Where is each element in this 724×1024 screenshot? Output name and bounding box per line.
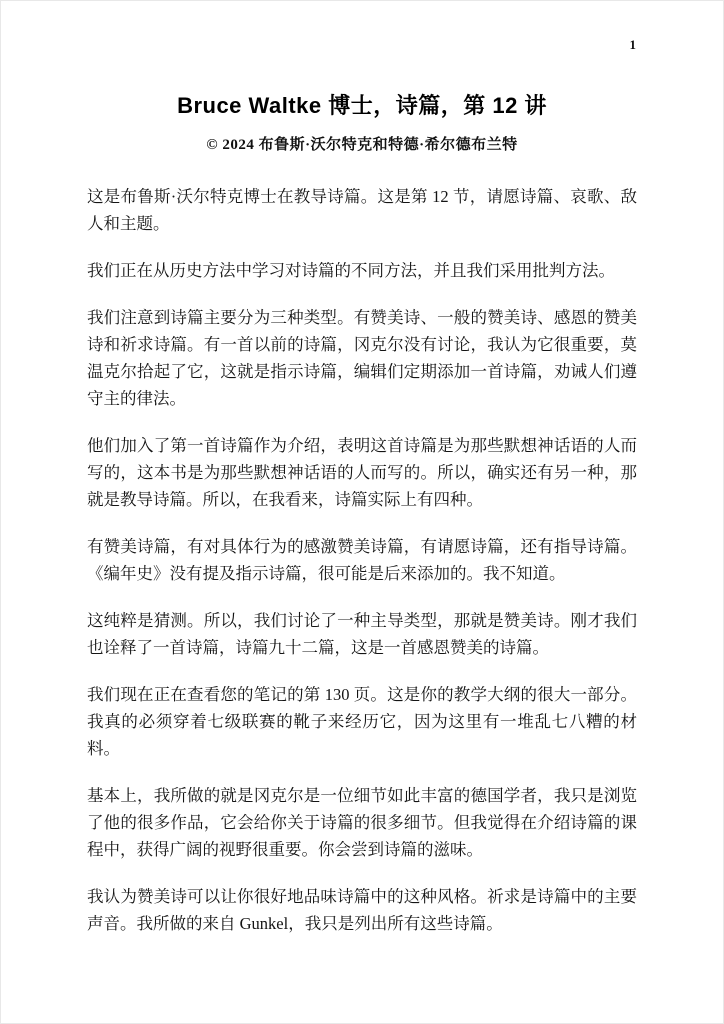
document-title: Bruce Waltke 博士，诗篇，第 12 讲 <box>87 91 637 121</box>
paragraph: 我们正在从历史方法中学习对诗篇的不同方法，并且我们采用批判方法。 <box>87 257 637 284</box>
page-number: 1 <box>630 37 637 53</box>
paragraph: 这纯粹是猜测。所以，我们讨论了一种主导类型，那就是赞美诗。刚才我们也诠释了一首诗… <box>87 607 637 661</box>
paragraph: 我们注意到诗篇主要分为三种类型。有赞美诗、一般的赞美诗、感恩的赞美诗和祈求诗篇。… <box>87 304 637 412</box>
body-text: 这是布鲁斯·沃尔特克博士在教导诗篇。这是第 12 节，请愿诗篇、哀歌、敌人和主题… <box>87 183 637 937</box>
paragraph: 这是布鲁斯·沃尔特克博士在教导诗篇。这是第 12 节，请愿诗篇、哀歌、敌人和主题… <box>87 183 637 237</box>
paragraph: 他们加入了第一首诗篇作为介绍，表明这首诗篇是为那些默想神话语的人而写的，这本书是… <box>87 432 637 513</box>
copyright-line: © 2024 布鲁斯·沃尔特克和特德·希尔德布兰特 <box>87 134 637 156</box>
page-content: Bruce Waltke 博士，诗篇，第 12 讲 © 2024 布鲁斯·沃尔特… <box>1 1 723 937</box>
paragraph: 有赞美诗篇，有对具体行为的感激赞美诗篇，有请愿诗篇，还有指导诗篇。《编年史》没有… <box>87 533 637 587</box>
paragraph: 基本上，我所做的就是冈克尔是一位细节如此丰富的德国学者，我只是浏览了他的很多作品… <box>87 782 637 863</box>
paragraph: 我们现在正在查看您的笔记的第 130 页。这是你的教学大纲的很大一部分。我真的必… <box>87 681 637 762</box>
paragraph: 我认为赞美诗可以让你很好地品味诗篇中的这种风格。祈求是诗篇中的主要声音。我所做的… <box>87 883 637 937</box>
document-page: 1 Bruce Waltke 博士，诗篇，第 12 讲 © 2024 布鲁斯·沃… <box>0 0 724 1024</box>
